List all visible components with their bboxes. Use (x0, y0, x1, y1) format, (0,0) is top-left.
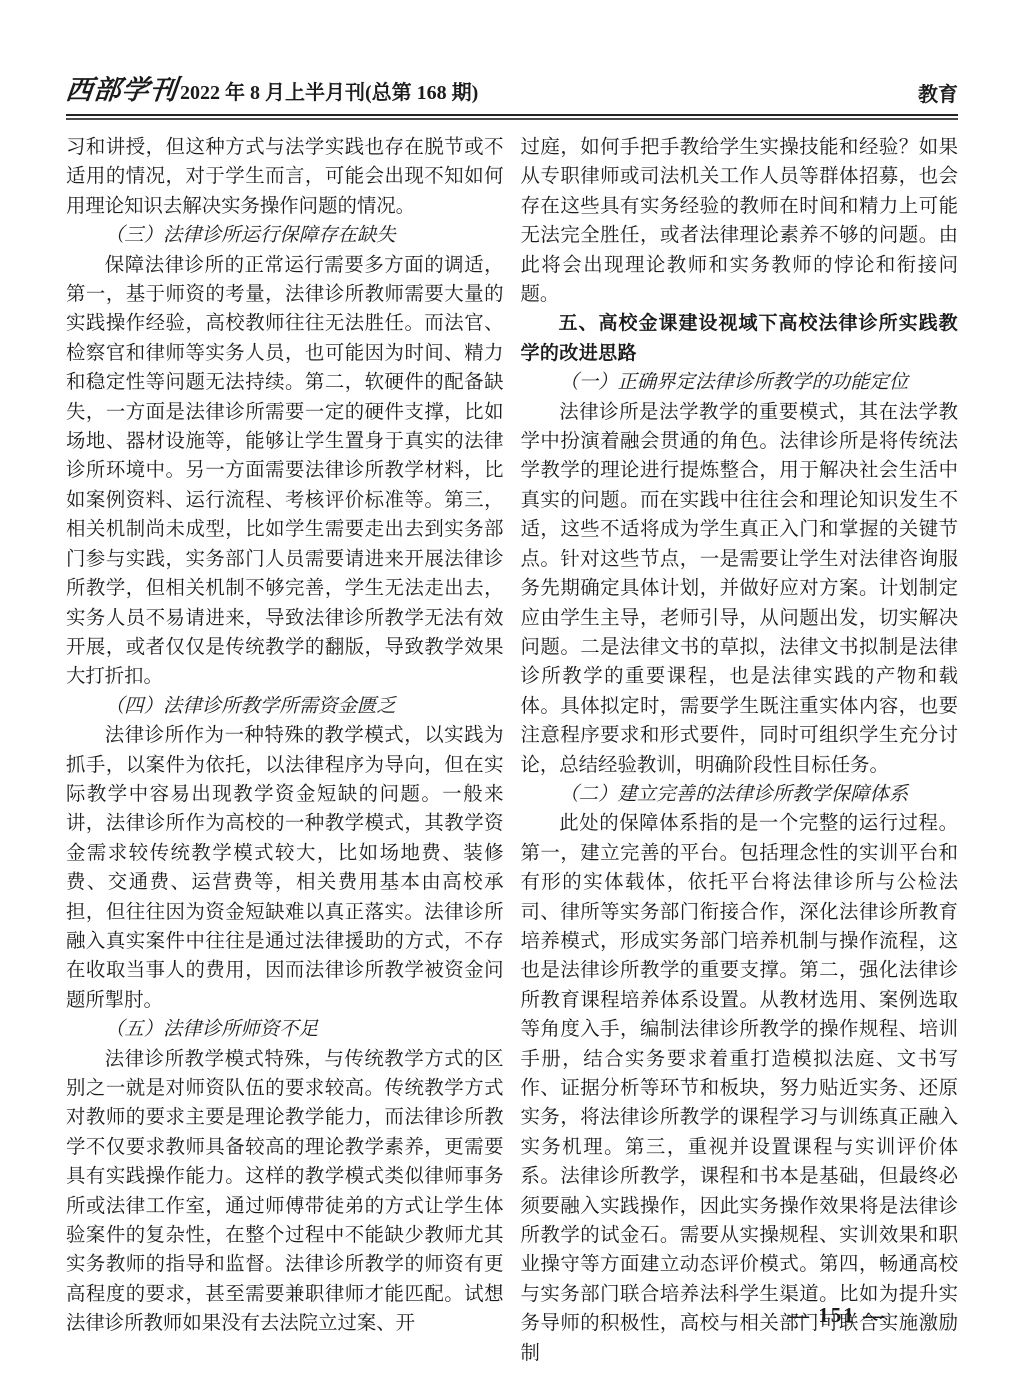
header-divider (66, 114, 958, 120)
subsection-heading-3: （三）法律诊所运行保障存在缺失 (66, 221, 504, 250)
journal-logo: 西部学刊 (64, 68, 180, 107)
subsection-heading-1: （一）正确界定法律诊所教学的功能定位 (521, 368, 959, 397)
paragraph-continuation: 习和讲授，但这种方式与法学实践也存在脱节或不适用的情况，对于学生而言，可能会出现… (66, 133, 504, 221)
subsection-heading-4: （四）法律诊所教学所需资金匮乏 (66, 692, 504, 721)
article-body: 习和讲授，但这种方式与法学实践也存在脱节或不适用的情况，对于学生而言，可能会出现… (66, 133, 958, 1368)
right-column: 过庭，如何手把手教给学生实操技能和经验？如果从专职律师或司法机关工作人员等群体招… (521, 133, 959, 1368)
page-footer: — 151 — (66, 1303, 958, 1328)
subsection-heading-2: （二）建立完善的法律诊所教学保障体系 (521, 780, 959, 809)
section-heading-5: 五、高校金课建设视域下高校法律诊所实践教学的改进思路 (521, 309, 959, 368)
paragraph: 法律诊所教学模式特殊，与传统教学方式的区别之一就是对师资队伍的要求较高。传统教学… (66, 1045, 504, 1339)
header-left: 西部学刊2022 年 8 月上半月刊(总第 168 期) (66, 68, 478, 107)
subsection-heading-5: （五）法律诊所师资不足 (66, 1015, 504, 1044)
paragraph: 保障法律诊所的正常运行需要多方面的调适，第一，基于师资的考量，法律诊所教师需要大… (66, 251, 504, 692)
paragraph: 此处的保障体系指的是一个完整的运行过程。第一，建立完善的平台。包括理念性的实训平… (521, 809, 959, 1368)
page-number: — 151 — (788, 1303, 886, 1327)
left-column: 习和讲授，但这种方式与法学实践也存在脱节或不适用的情况，对于学生而言，可能会出现… (66, 133, 504, 1368)
issue-info: 2022 年 8 月上半月刊(总第 168 期) (180, 76, 478, 105)
paragraph: 法律诊所是法学教学的重要模式，其在法学教学中扮演着融会贯通的角色。法律诊所是将传… (521, 398, 959, 780)
section-label: 教育 (918, 78, 958, 107)
paragraph-continuation: 过庭，如何手把手教给学生实操技能和经验？如果从专职律师或司法机关工作人员等群体招… (521, 133, 959, 309)
journal-page: 西部学刊2022 年 8 月上半月刊(总第 168 期) 教育 习和讲授，但这种… (0, 0, 1024, 1389)
paragraph: 法律诊所作为一种特殊的教学模式，以实践为抓手，以案件为依托，以法律程序为导向，但… (66, 721, 504, 1015)
page-header: 西部学刊2022 年 8 月上半月刊(总第 168 期) 教育 (66, 0, 958, 114)
